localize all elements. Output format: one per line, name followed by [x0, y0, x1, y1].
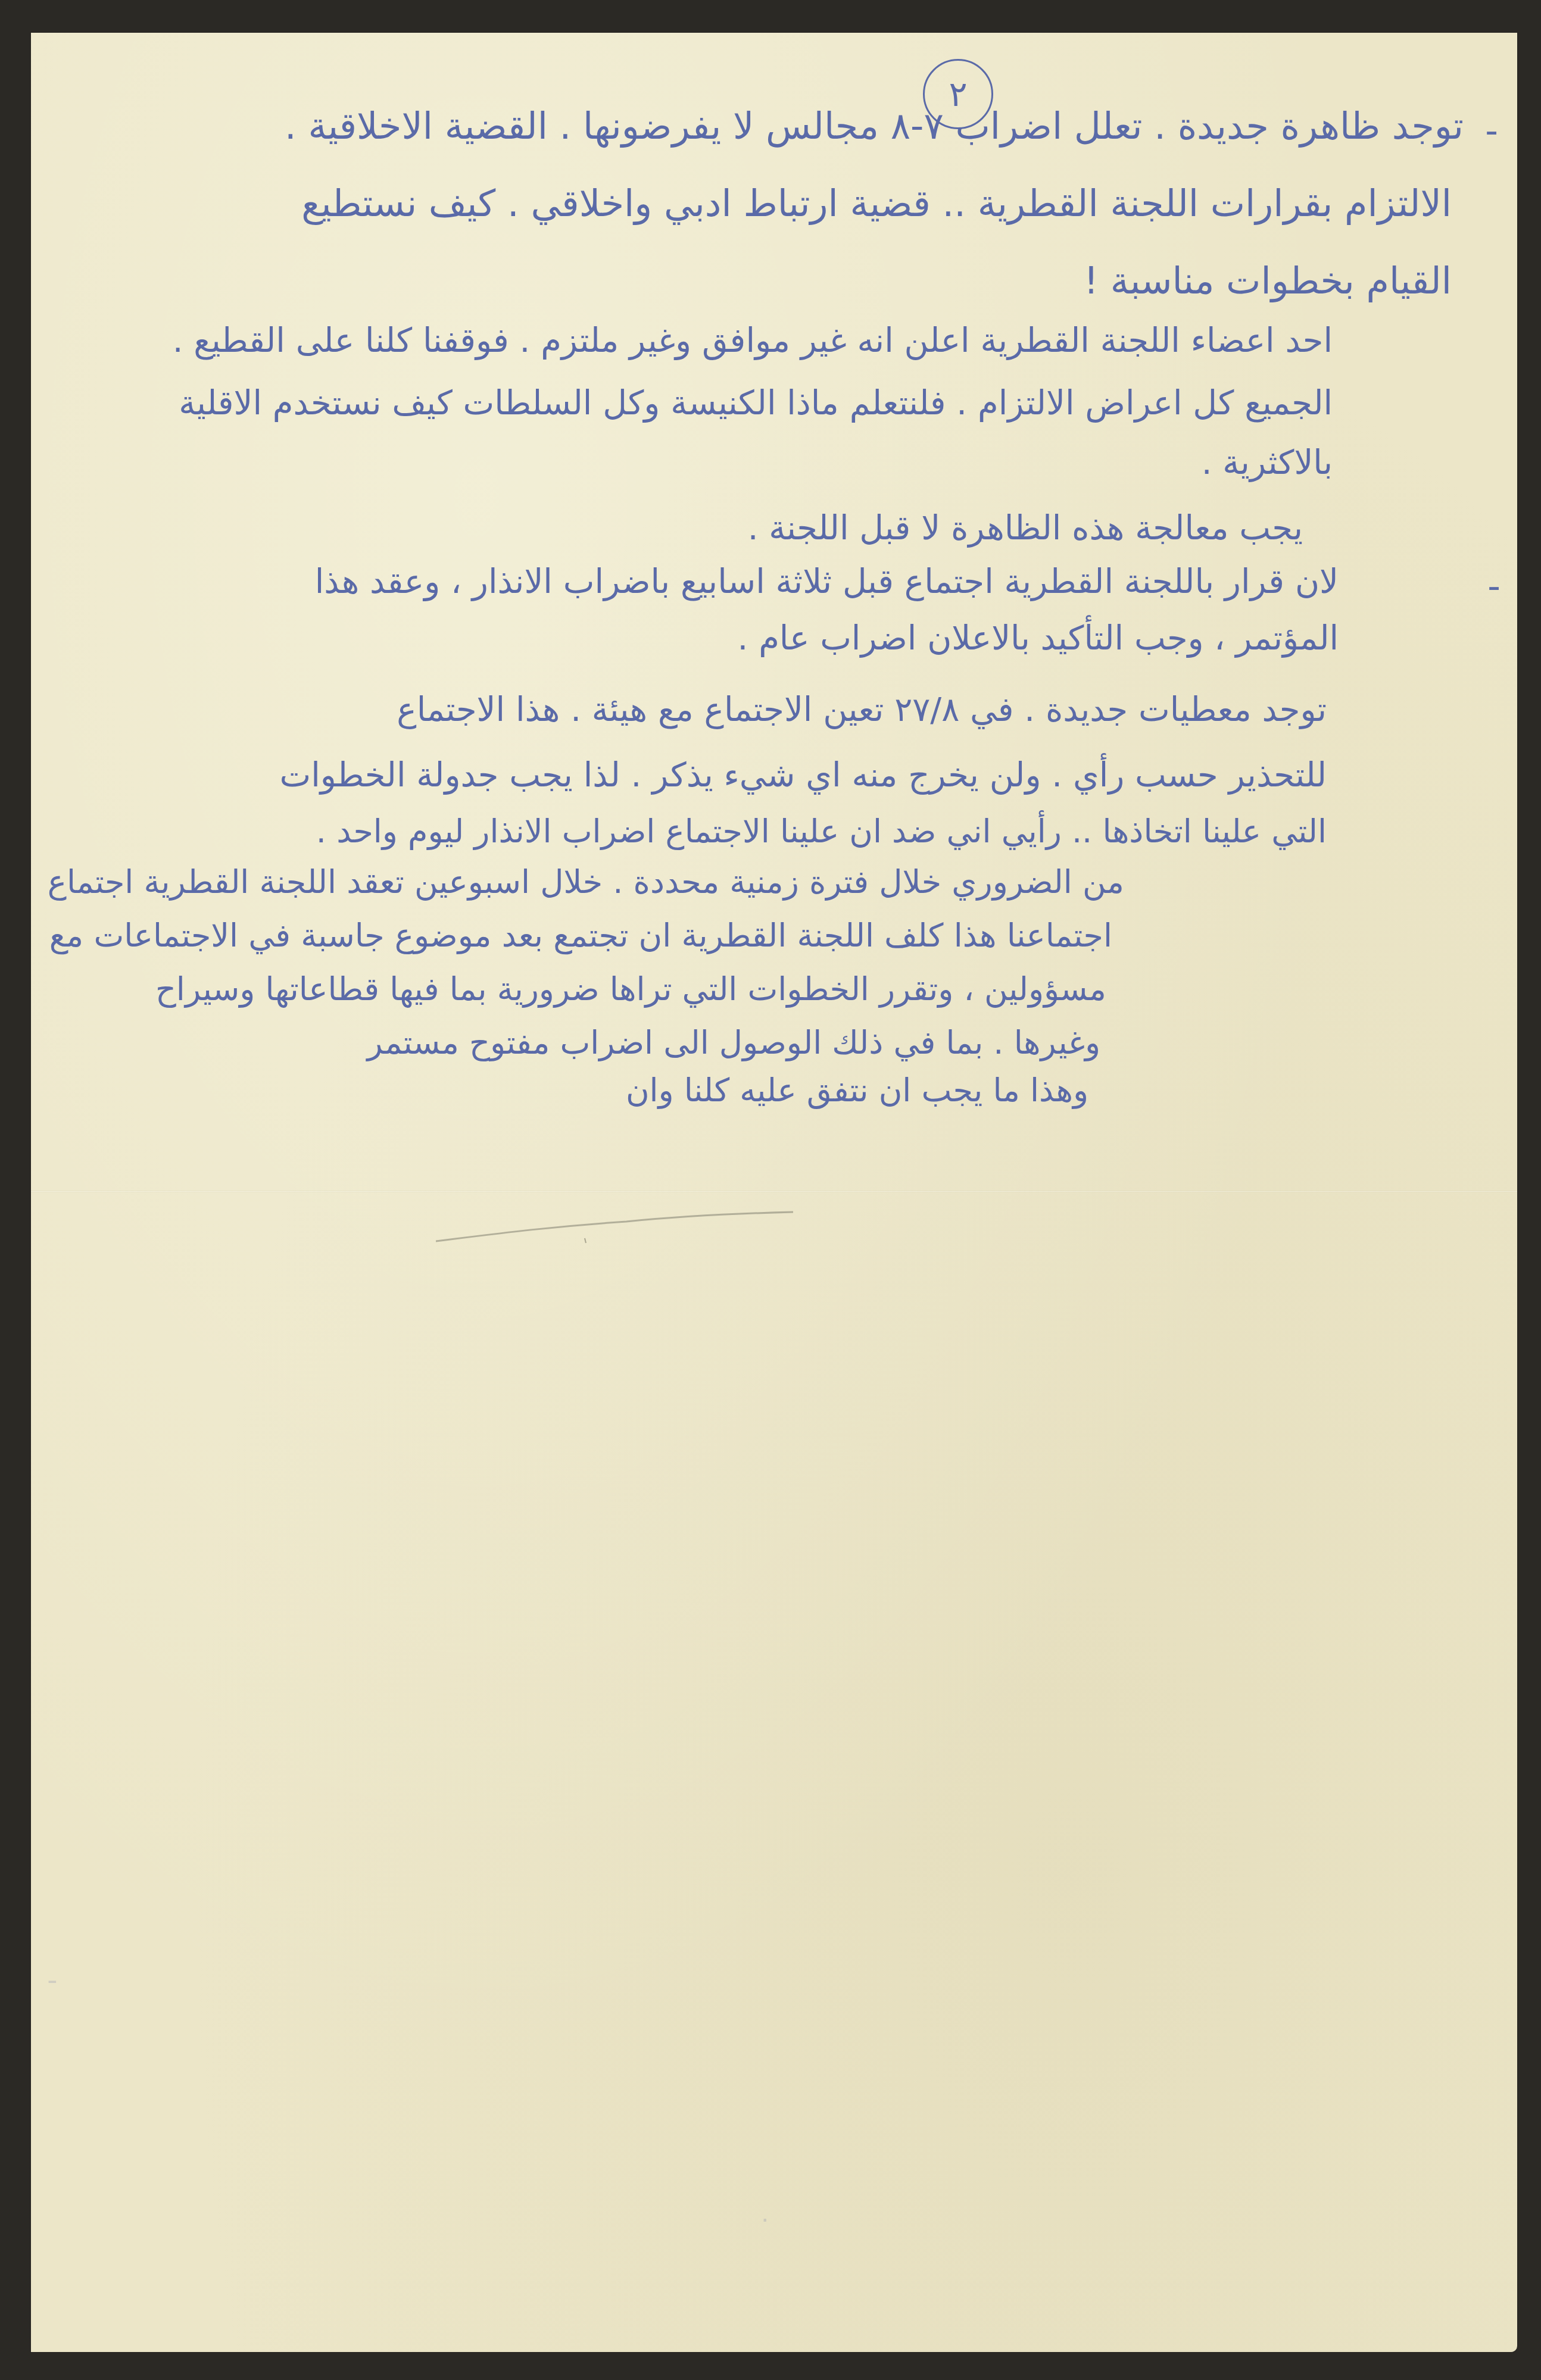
bullet-dash: -	[1485, 110, 1498, 152]
bullet-dash: -	[1487, 566, 1501, 607]
text-line: احد اعضاء اللجنة القطرية اعلن انه غير مو…	[173, 321, 1333, 360]
bleed-through-mark: ٠	[759, 2206, 771, 2233]
text-line: توجد ظاهرة جديدة . تعلل اضراب ٧-٨ مجالس …	[285, 104, 1464, 148]
text-line: التي علينا اتخاذها .. رأيي اني ضد ان علي…	[316, 813, 1327, 850]
text-line: من الضروري خلال فترة زمنية محددة . خلال …	[48, 863, 1124, 901]
bleed-through-mark: ـ	[49, 1962, 56, 1989]
text-line: المؤتمر ، وجب التأكيد بالاعلان اضراب عام…	[738, 619, 1339, 658]
text-line: وهذا ما يجب ان نتفق عليه كلنا وان	[626, 1072, 1088, 1109]
text-line: بالاكثرية .	[1202, 443, 1333, 482]
text-line: يجب معالجة هذه الظاهرة لا قبل اللجنة .	[748, 509, 1303, 548]
document-page: ٢ - توجد ظاهرة جديدة . تعلل اضراب ٧-٨ مج…	[31, 33, 1517, 2352]
text-line: القيام بخطوات مناسبة !	[1084, 259, 1452, 302]
text-line: اجتماعنا هذا كلف اللجنة القطرية ان تجتمع…	[49, 917, 1112, 954]
text-line: للتحذير حسب رأي . ولن يخرج منه اي شيء يذ…	[280, 756, 1327, 795]
text-line: وغيرها . بما في ذلك الوصول الى اضراب مفت…	[367, 1024, 1100, 1061]
pencil-scribble	[436, 1208, 972, 1244]
paper-fold-line	[31, 1191, 1517, 1192]
text-line: مسؤولين ، وتقرر الخطوات التي تراها ضروري…	[155, 970, 1106, 1008]
text-line: توجد معطيات جديدة . في ٢٧/٨ تعين الاجتما…	[397, 691, 1327, 729]
text-line: الالتزام بقرارات اللجنة القطرية .. قضية …	[301, 182, 1452, 225]
text-line: الجميع كل اعراض الالتزام . فلنتعلم ماذا …	[179, 384, 1333, 423]
text-line: لان قرار باللجنة القطرية اجتماع قبل ثلاث…	[315, 563, 1339, 601]
